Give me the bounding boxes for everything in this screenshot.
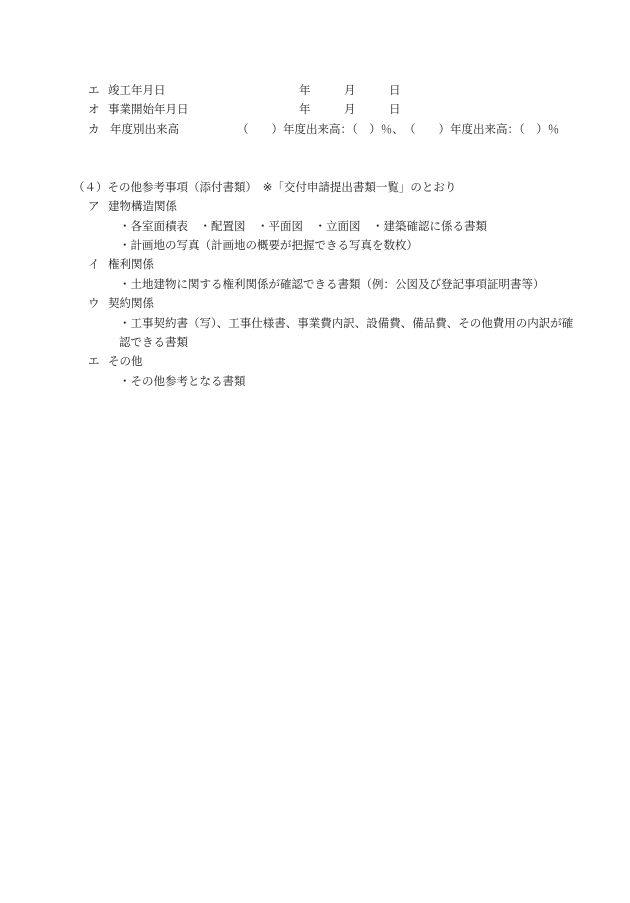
item-marker-u: ウ [88,295,100,311]
item-marker-a: ア [88,198,100,214]
bullet-line: ・その他参考となる書類 [119,373,246,389]
building-structure-title: 建物構造関係 [108,198,177,214]
yearly-progress-label: 年度別出来高 [110,121,179,137]
completion-date-label: 竣工年月日 [108,82,166,98]
item-marker-i: イ [88,256,100,272]
item-marker-e2: エ [88,353,100,369]
item-marker-ka: カ [88,121,100,137]
year-unit: 年 [299,82,311,98]
yearly-progress-field-1: （ ）年度出来高：（ ）％、 [237,121,404,137]
contract-title: 契約関係 [108,295,154,311]
item-marker-e: エ [88,82,100,98]
bullet-line: ・工事契約書（写）、工事仕様書、事業費内訳、設備費、備品費、その他費用の内訳が確 [119,315,573,331]
month-unit: 月 [344,82,356,98]
bullet-line: ・各室面積表 ・配置図 ・平面図 ・立面図 ・建築確認に係る書類 [119,218,487,234]
other-title: その他 [108,353,143,369]
year-unit: 年 [299,101,311,117]
item-marker-o: オ [88,101,100,117]
yearly-progress-field-2: （ ）年度出来高：（ ）％ [404,121,559,137]
start-date-label: 事業開始年月日 [108,101,189,117]
month-unit: 月 [344,101,356,117]
bullet-line: ・土地建物に関する権利関係が確認できる書類（例：公図及び登記事項証明書等） [119,276,545,292]
bullet-line-continued: 認できる書類 [119,334,188,350]
bullet-line: ・計画地の写真（計画地の概要が把握できる写真を数枚） [119,237,418,253]
day-unit: 日 [389,101,401,117]
rights-title: 権利関係 [108,256,154,272]
section4-heading: （４）その他参考事項（添付書類） ※「交付申請提出書類一覧」のとおり [73,179,456,195]
day-unit: 日 [389,82,401,98]
